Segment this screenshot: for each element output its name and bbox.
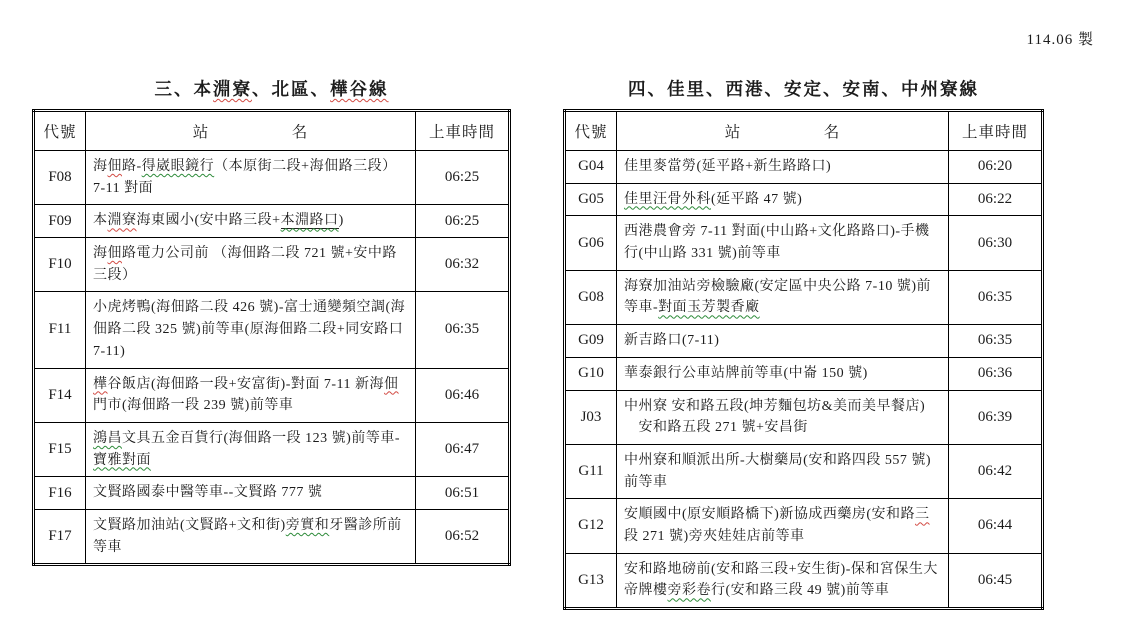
bus-schedule-table: 代號站 名上車時間G04佳里麥當勞(延平路+新生路路口)06:20G05佳里汪骨… bbox=[563, 109, 1044, 610]
pickup-time: 06:30 bbox=[949, 216, 1043, 270]
spellcheck-underlined-text: 旁彩卷 bbox=[668, 583, 712, 598]
schedule-row: G05佳里汪骨外科(延平路 47 號)06:22 bbox=[565, 183, 1043, 216]
schedule-row: F14樺谷飯店(海佃路一段+安富街)-對面 7-11 新海佃門市(海佃路一段 2… bbox=[34, 368, 510, 422]
schedule-row: G08海寮加油站旁檢驗廠(安定區中央公路 7-10 號)前等車-對面玉芳製香廠0… bbox=[565, 270, 1043, 324]
station-text: 中州寮和順派出所-大樹藥局(安和路四段 557 號)前等車 bbox=[624, 453, 931, 490]
station-text: 小虎烤鴨(海佃路二段 426 號)-富士通變頻空調(海佃路二段 325 號)前等… bbox=[93, 300, 405, 358]
pickup-time: 06:22 bbox=[949, 183, 1043, 216]
pickup-time: 06:39 bbox=[949, 390, 1043, 444]
pickup-time: 06:35 bbox=[416, 292, 510, 368]
schedule-row: F15鴻昌文具五金百貨行(海佃路一段 123 號)前等車-寶雅對面06:47 bbox=[34, 422, 510, 476]
stop-name: 安和路地磅前(安和路三段+安生街)-保和宮保生大帝牌樓旁彩卷行(安和路三段 49… bbox=[617, 553, 949, 608]
schedule-row: F10海佃路電力公司前 （海佃路二段 721 號+安中路三段）06:32 bbox=[34, 238, 510, 292]
station-text: 文具五金百貨行(海佃路一段 123 號)前等車- bbox=[122, 431, 400, 446]
spellcheck-underlined-text: 對面玉芳製香廠 bbox=[658, 300, 760, 315]
pickup-time: 06:25 bbox=[416, 151, 510, 205]
schedule-row: G12安順國中(原安順路橋下)新協成西藥房(安和路三段 271 號)旁夾娃娃店前… bbox=[565, 499, 1043, 553]
stop-code: G05 bbox=[565, 183, 617, 216]
station-text: 新吉路口(7-11) bbox=[624, 333, 719, 348]
spellcheck-underlined-text: 鴻昌 bbox=[93, 431, 122, 446]
station-text: 谷飯店(海佃路一段+安富街)-對面 7-11 新海 bbox=[108, 377, 385, 392]
stop-name: 佳里汪骨外科(延平路 47 號) bbox=[617, 183, 949, 216]
spellcheck-underlined-text: 佃 bbox=[384, 377, 399, 392]
station-text: 海東國小(安中路三段+ bbox=[137, 213, 281, 228]
stop-name: 海佃路-得崴眼鏡行（本原街二段+海佃路三段）7-11 對面 bbox=[86, 151, 416, 205]
station-text: 安順國中(原安順路橋下)新協成西藥房(安和路 bbox=[624, 507, 915, 522]
schedule-row: F09本淵寮海東國小(安中路三段+本淵路口)06:25 bbox=[34, 205, 510, 238]
schedule-row: F16文賢路國泰中醫等車--文賢路 777 號06:51 bbox=[34, 477, 510, 510]
header-row: 代號站 名上車時間 bbox=[34, 111, 510, 151]
schedule-row: G04佳里麥當勞(延平路+新生路路口)06:20 bbox=[565, 151, 1043, 184]
pickup-time: 06:20 bbox=[949, 151, 1043, 184]
station-text: 四、佳里、西港、安定、安南、中州寮線 bbox=[628, 79, 979, 99]
schedule-row: F17文賢路加油站(文賢路+文和街)旁實和牙醫診所前等車06:52 bbox=[34, 509, 510, 564]
stop-code: F14 bbox=[34, 368, 86, 422]
stop-code: G09 bbox=[565, 325, 617, 358]
route-section-2: 四、佳里、西港、安定、安南、中州寮線代號站 名上車時間G04佳里麥當勞(延平路+… bbox=[563, 78, 1044, 610]
pickup-time: 06:47 bbox=[416, 422, 510, 476]
spellcheck-underlined-text: 淵寮 bbox=[213, 79, 252, 99]
spellcheck-underlined-text: 得崴眼鏡行 bbox=[142, 159, 215, 174]
stop-code: G06 bbox=[565, 216, 617, 270]
pickup-time: 06:52 bbox=[416, 509, 510, 564]
col-header-code: 代號 bbox=[34, 111, 86, 151]
stop-name: 海佃路電力公司前 （海佃路二段 721 號+安中路三段） bbox=[86, 238, 416, 292]
stop-code: F17 bbox=[34, 509, 86, 564]
stop-name: 樺谷飯店(海佃路一段+安富街)-對面 7-11 新海佃門市(海佃路一段 239 … bbox=[86, 368, 416, 422]
station-text: 華泰銀行公車站牌前等車(中崙 150 號) bbox=[624, 366, 868, 381]
bus-schedule-table: 代號站 名上車時間F08海佃路-得崴眼鏡行（本原街二段+海佃路三段）7-11 對… bbox=[32, 109, 511, 566]
station-text: 行(安和路三段 49 號)前等車 bbox=[711, 583, 889, 598]
schedule-row: F11小虎烤鴨(海佃路二段 426 號)-富士通變頻空調(海佃路二段 325 號… bbox=[34, 292, 510, 368]
station-text: 、北區、 bbox=[252, 79, 330, 99]
stop-code: F08 bbox=[34, 151, 86, 205]
spellcheck-underlined-text: 寶雅對面 bbox=[93, 453, 151, 468]
stop-code: G12 bbox=[565, 499, 617, 553]
schedule-row: G06西港農會旁 7-11 對面(中山路+文化路路口)-手機行(中山路 331 … bbox=[565, 216, 1043, 270]
station-text: 西港農會旁 7-11 對面(中山路+文化路路口)-手機行(中山路 331 號)前… bbox=[624, 224, 930, 261]
pickup-time: 06:51 bbox=[416, 477, 510, 510]
stop-name: 華泰銀行公車站牌前等車(中崙 150 號) bbox=[617, 357, 949, 390]
spellcheck-underlined-text: 佃 bbox=[108, 159, 123, 174]
col-header-station: 站 名 bbox=[86, 111, 416, 151]
station-text: ) bbox=[339, 213, 344, 228]
schedule-row: J03中州寮 安和路五段(坤芳麵包坊&美而美早餐店) 安和路五段 271 號+安… bbox=[565, 390, 1043, 444]
pickup-time: 06:44 bbox=[949, 499, 1043, 553]
document-version-note: 114.06 製 bbox=[1027, 28, 1094, 49]
schedule-row: F08海佃路-得崴眼鏡行（本原街二段+海佃路三段）7-11 對面06:25 bbox=[34, 151, 510, 205]
stop-code: G11 bbox=[565, 444, 617, 498]
pickup-time: 06:35 bbox=[949, 270, 1043, 324]
pickup-time: 06:35 bbox=[949, 325, 1043, 358]
schedule-row: G10華泰銀行公車站牌前等車(中崙 150 號)06:36 bbox=[565, 357, 1043, 390]
stop-code: F16 bbox=[34, 477, 86, 510]
station-text: 三、本 bbox=[155, 79, 214, 99]
stop-name: 安順國中(原安順路橋下)新協成西藥房(安和路三段 271 號)旁夾娃娃店前等車 bbox=[617, 499, 949, 553]
route-title: 三、本淵寮、北區、樺谷線 bbox=[32, 78, 511, 100]
route-section-1: 三、本淵寮、北區、樺谷線代號站 名上車時間F08海佃路-得崴眼鏡行（本原街二段+… bbox=[32, 78, 511, 566]
stop-code: F09 bbox=[34, 205, 86, 238]
station-text: 海 bbox=[93, 246, 108, 261]
spellcheck-underlined-text: 佃 bbox=[108, 246, 123, 261]
stop-name: 西港農會旁 7-11 對面(中山路+文化路路口)-手機行(中山路 331 號)前… bbox=[617, 216, 949, 270]
station-text: 海 bbox=[93, 159, 108, 174]
col-header-station: 站 名 bbox=[617, 111, 949, 151]
schedule-row: G09新吉路口(7-11)06:35 bbox=[565, 325, 1043, 358]
stop-name: 小虎烤鴨(海佃路二段 426 號)-富士通變頻空調(海佃路二段 325 號)前等… bbox=[86, 292, 416, 368]
schedule-row: G13安和路地磅前(安和路三段+安生街)-保和宮保生大帝牌樓旁彩卷行(安和路三段… bbox=[565, 553, 1043, 608]
stop-code: G08 bbox=[565, 270, 617, 324]
col-header-time: 上車時間 bbox=[416, 111, 510, 151]
schedule-row: G11中州寮和順派出所-大樹藥局(安和路四段 557 號)前等車06:42 bbox=[565, 444, 1043, 498]
pickup-time: 06:36 bbox=[949, 357, 1043, 390]
stop-name: 本淵寮海東國小(安中路三段+本淵路口) bbox=[86, 205, 416, 238]
station-text: 段 271 號)旁夾娃娃店前等車 bbox=[624, 529, 805, 544]
pickup-time: 06:42 bbox=[949, 444, 1043, 498]
pickup-time: 06:45 bbox=[949, 553, 1043, 608]
station-text: 路- bbox=[122, 159, 142, 174]
header-row: 代號站 名上車時間 bbox=[565, 111, 1043, 151]
spellcheck-underlined-text: 樺 bbox=[93, 377, 108, 392]
stop-name: 中州寮和順派出所-大樹藥局(安和路四段 557 號)前等車 bbox=[617, 444, 949, 498]
pickup-time: 06:46 bbox=[416, 368, 510, 422]
station-text: 中州寮 安和路五段(坤芳麵包坊&美而美早餐店) bbox=[624, 399, 925, 414]
station-text: 佳里麥當勞(延平路+新生路路口) bbox=[624, 159, 831, 174]
route-title: 四、佳里、西港、安定、安南、中州寮線 bbox=[563, 78, 1044, 100]
spellcheck-underlined-text: 三 bbox=[915, 507, 930, 522]
stop-name: 海寮加油站旁檢驗廠(安定區中央公路 7-10 號)前等車-對面玉芳製香廠 bbox=[617, 270, 949, 324]
stop-name: 鴻昌文具五金百貨行(海佃路一段 123 號)前等車-寶雅對面 bbox=[86, 422, 416, 476]
station-text: 本 bbox=[93, 213, 108, 228]
stop-name: 佳里麥當勞(延平路+新生路路口) bbox=[617, 151, 949, 184]
stop-code: F11 bbox=[34, 292, 86, 368]
stop-code: G10 bbox=[565, 357, 617, 390]
col-header-time: 上車時間 bbox=[949, 111, 1043, 151]
station-text: 門市(海佃路一段 239 號)前等車 bbox=[93, 398, 293, 413]
spellcheck-underlined-text: 淵寮 bbox=[108, 213, 137, 228]
col-header-code: 代號 bbox=[565, 111, 617, 151]
pickup-time: 06:32 bbox=[416, 238, 510, 292]
stop-code: J03 bbox=[565, 390, 617, 444]
stop-code: G13 bbox=[565, 553, 617, 608]
station-text: 安和路五段 271 號+安昌街 bbox=[624, 420, 808, 435]
spellcheck-underlined-text: 本淵路口 bbox=[281, 213, 339, 229]
stop-code: G04 bbox=[565, 151, 617, 184]
spellcheck-underlined-text: 旁實和 bbox=[286, 518, 330, 533]
stop-name: 文賢路加油站(文賢路+文和街)旁實和牙醫診所前等車 bbox=[86, 509, 416, 564]
station-text: 文賢路加油站(文賢路+文和街) bbox=[93, 518, 286, 533]
stop-name: 新吉路口(7-11) bbox=[617, 325, 949, 358]
stop-code: F10 bbox=[34, 238, 86, 292]
stop-name: 中州寮 安和路五段(坤芳麵包坊&美而美早餐店) 安和路五段 271 號+安昌街 bbox=[617, 390, 949, 444]
stop-code: F15 bbox=[34, 422, 86, 476]
pickup-time: 06:25 bbox=[416, 205, 510, 238]
station-text: 路電力公司前 （海佃路二段 721 號+安中路三段） bbox=[93, 246, 397, 283]
spellcheck-underlined-text: 樺谷線 bbox=[330, 79, 389, 99]
station-text: 文賢路國泰中醫等車--文賢路 777 號 bbox=[93, 485, 322, 500]
station-text: (延平路 47 號) bbox=[711, 192, 802, 207]
spellcheck-underlined-text: 佳里汪骨外科 bbox=[624, 192, 711, 207]
stop-name: 文賢路國泰中醫等車--文賢路 777 號 bbox=[86, 477, 416, 510]
